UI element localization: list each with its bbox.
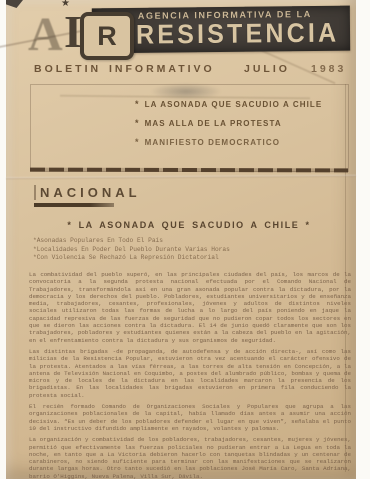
- contents-box: *LA ASONADA QUE SACUDIO A CHILE *MAS ALL…: [30, 84, 349, 172]
- issue-word-boletin: BOLETIN: [34, 63, 101, 75]
- agency-title: RESISTENCIA: [136, 18, 340, 51]
- contents-item-label: LA ASONADA QUE SACUDIO A CHILE: [145, 100, 323, 109]
- contents-item-label: MAS ALLA DE LA PROTESTA: [145, 119, 282, 128]
- article-paragraph: El recién formado Comando de Organizacio…: [29, 403, 351, 432]
- subhead-line: *Asonadas Populares En Todo El País: [33, 237, 343, 246]
- article-title: * LA ASONADA QUE SACUDIO A CHILE *: [30, 220, 348, 230]
- article-paragraph: La combatividad del pueblo superó, en la…: [29, 271, 351, 344]
- asterisk-bullet-icon: *: [135, 99, 140, 109]
- issue-year: 1983: [311, 63, 346, 75]
- subhead-line: *Con Violencia Se Rechazó La Represión D…: [33, 254, 343, 263]
- issue-word-informativo: INFORMATIVO: [109, 63, 215, 75]
- section-underline: [34, 203, 114, 207]
- logo-letter-a: A: [28, 7, 63, 62]
- contents-item-label: MANIFIESTO DEMOCRATICO: [145, 138, 280, 147]
- air-logo: A ★ I R: [28, 1, 136, 63]
- article-paragraph: Las distintas brigadas -de propaganda, d…: [29, 348, 351, 399]
- article-subheads: *Asonadas Populares En Todo El País *Loc…: [33, 237, 343, 263]
- asterisk-bullet-icon: *: [135, 118, 140, 128]
- article-paragraph: La organización y combatividad de los po…: [29, 436, 351, 479]
- subhead-line: *Localidades En Poder Del Pueblo Durante…: [33, 246, 343, 255]
- contents-item: *MAS ALLA DE LA PROTESTA: [135, 118, 282, 128]
- contents-item: *MANIFIESTO DEMOCRATICO: [135, 137, 280, 147]
- contents-item: *LA ASONADA QUE SACUDIO A CHILE: [135, 99, 322, 109]
- logo-letter-r-box: R: [80, 12, 134, 60]
- section-label: NACIONAL: [34, 185, 141, 200]
- article-body: La combatividad del pueblo superó, en la…: [29, 271, 351, 479]
- section-divider: [30, 168, 348, 173]
- asterisk-bullet-icon: *: [135, 137, 140, 147]
- issue-month: JULIO: [244, 63, 290, 75]
